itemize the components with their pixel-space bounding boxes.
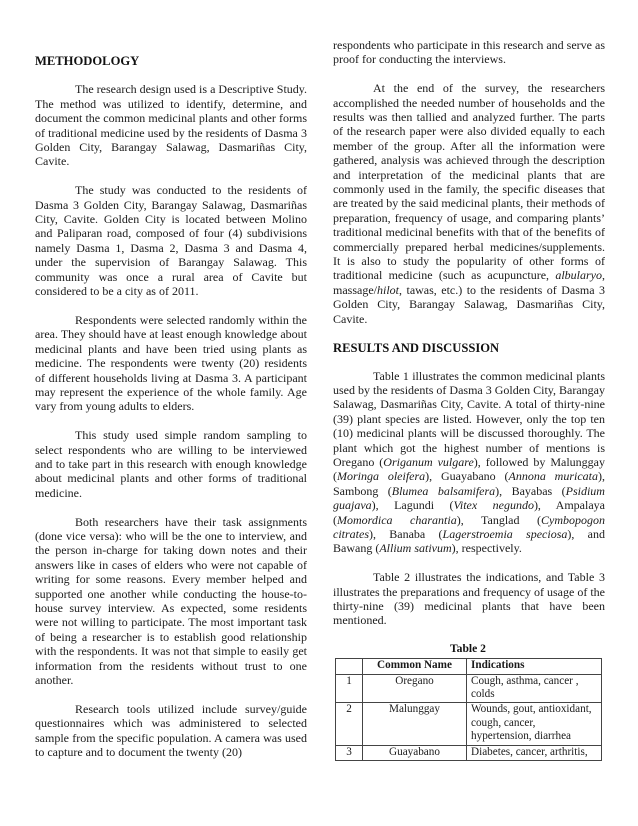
table-cell: Wounds, gout, antioxidant, cough, cancer… (467, 703, 602, 745)
paragraph: This study used simple random sampling t… (35, 428, 307, 500)
italic-term: hilot (377, 283, 399, 297)
table-row: 2MalunggayWounds, gout, antioxidant, cou… (336, 703, 602, 745)
section-heading-results: RESULTS AND DISCUSSION (333, 341, 605, 355)
table-cell: Diabetes, cancer, arthritis, (467, 745, 602, 760)
paragraph: The research design used is a Descriptiv… (35, 82, 307, 168)
table-cell: Guayabano (363, 745, 467, 760)
table-header-indications: Indications (467, 659, 602, 674)
paragraph: respondents who participate in this rese… (333, 38, 605, 67)
italic-term: Vitex negundo (453, 498, 533, 512)
italic-term: Origanum vulgare (383, 455, 474, 469)
paragraph: The study was conducted to the residents… (35, 183, 307, 298)
table-cell: 1 (336, 674, 363, 703)
table-2-block: Table 2 Common Name Indications 1Oregano… (333, 642, 605, 761)
table-row: 1OreganoCough, asthma, cancer , colds (336, 674, 602, 703)
table-cell: 2 (336, 703, 363, 745)
italic-term: Momordica charantia (337, 513, 457, 527)
paragraph: Respondents were selected randomly withi… (35, 313, 307, 414)
italic-term: Annona muricata (509, 469, 599, 483)
table-header-common-name: Common Name (363, 659, 467, 674)
table-cell: Malunggay (363, 703, 467, 745)
paragraph: At the end of the survey, the researcher… (333, 81, 605, 326)
table-cell: Oregano (363, 674, 467, 703)
left-column: METHODOLOGY The research design used is … (35, 38, 307, 826)
right-column: respondents who participate in this rese… (333, 38, 605, 826)
paragraph: Both researchers have their task assignm… (35, 515, 307, 688)
table-cell: 3 (336, 745, 363, 760)
methodology-paragraphs: The research design used is a Descriptiv… (35, 82, 307, 759)
table-cell: Cough, asthma, cancer , colds (467, 674, 602, 703)
italic-term: albularyo (555, 268, 602, 282)
results-paragraphs: Table 1 illustrates the common medicinal… (333, 369, 605, 628)
paragraph: Table 1 illustrates the common medicinal… (333, 369, 605, 556)
table-row: 3GuayabanoDiabetes, cancer, arthritis, (336, 745, 602, 760)
paragraph: Table 2 illustrates the indications, and… (333, 570, 605, 628)
paragraph: Research tools utilized include survey/g… (35, 702, 307, 760)
document-page: METHODOLOGY The research design used is … (0, 0, 638, 826)
table-2: Common Name Indications 1OreganoCough, a… (335, 658, 602, 761)
table-header-row: Common Name Indications (336, 659, 602, 674)
italic-term: Moringa oleifera (337, 469, 425, 483)
table-body: 1OreganoCough, asthma, cancer , colds2Ma… (336, 674, 602, 760)
table-header-number (336, 659, 363, 674)
italic-term: Allium sativum (379, 541, 451, 555)
table-caption: Table 2 (335, 642, 601, 656)
continuation-paragraphs: respondents who participate in this rese… (333, 38, 605, 326)
italic-term: Blumea balsamifera (392, 484, 495, 498)
italic-term: Lagerstroemia speciosa (443, 527, 568, 541)
section-heading-methodology: METHODOLOGY (35, 54, 307, 68)
